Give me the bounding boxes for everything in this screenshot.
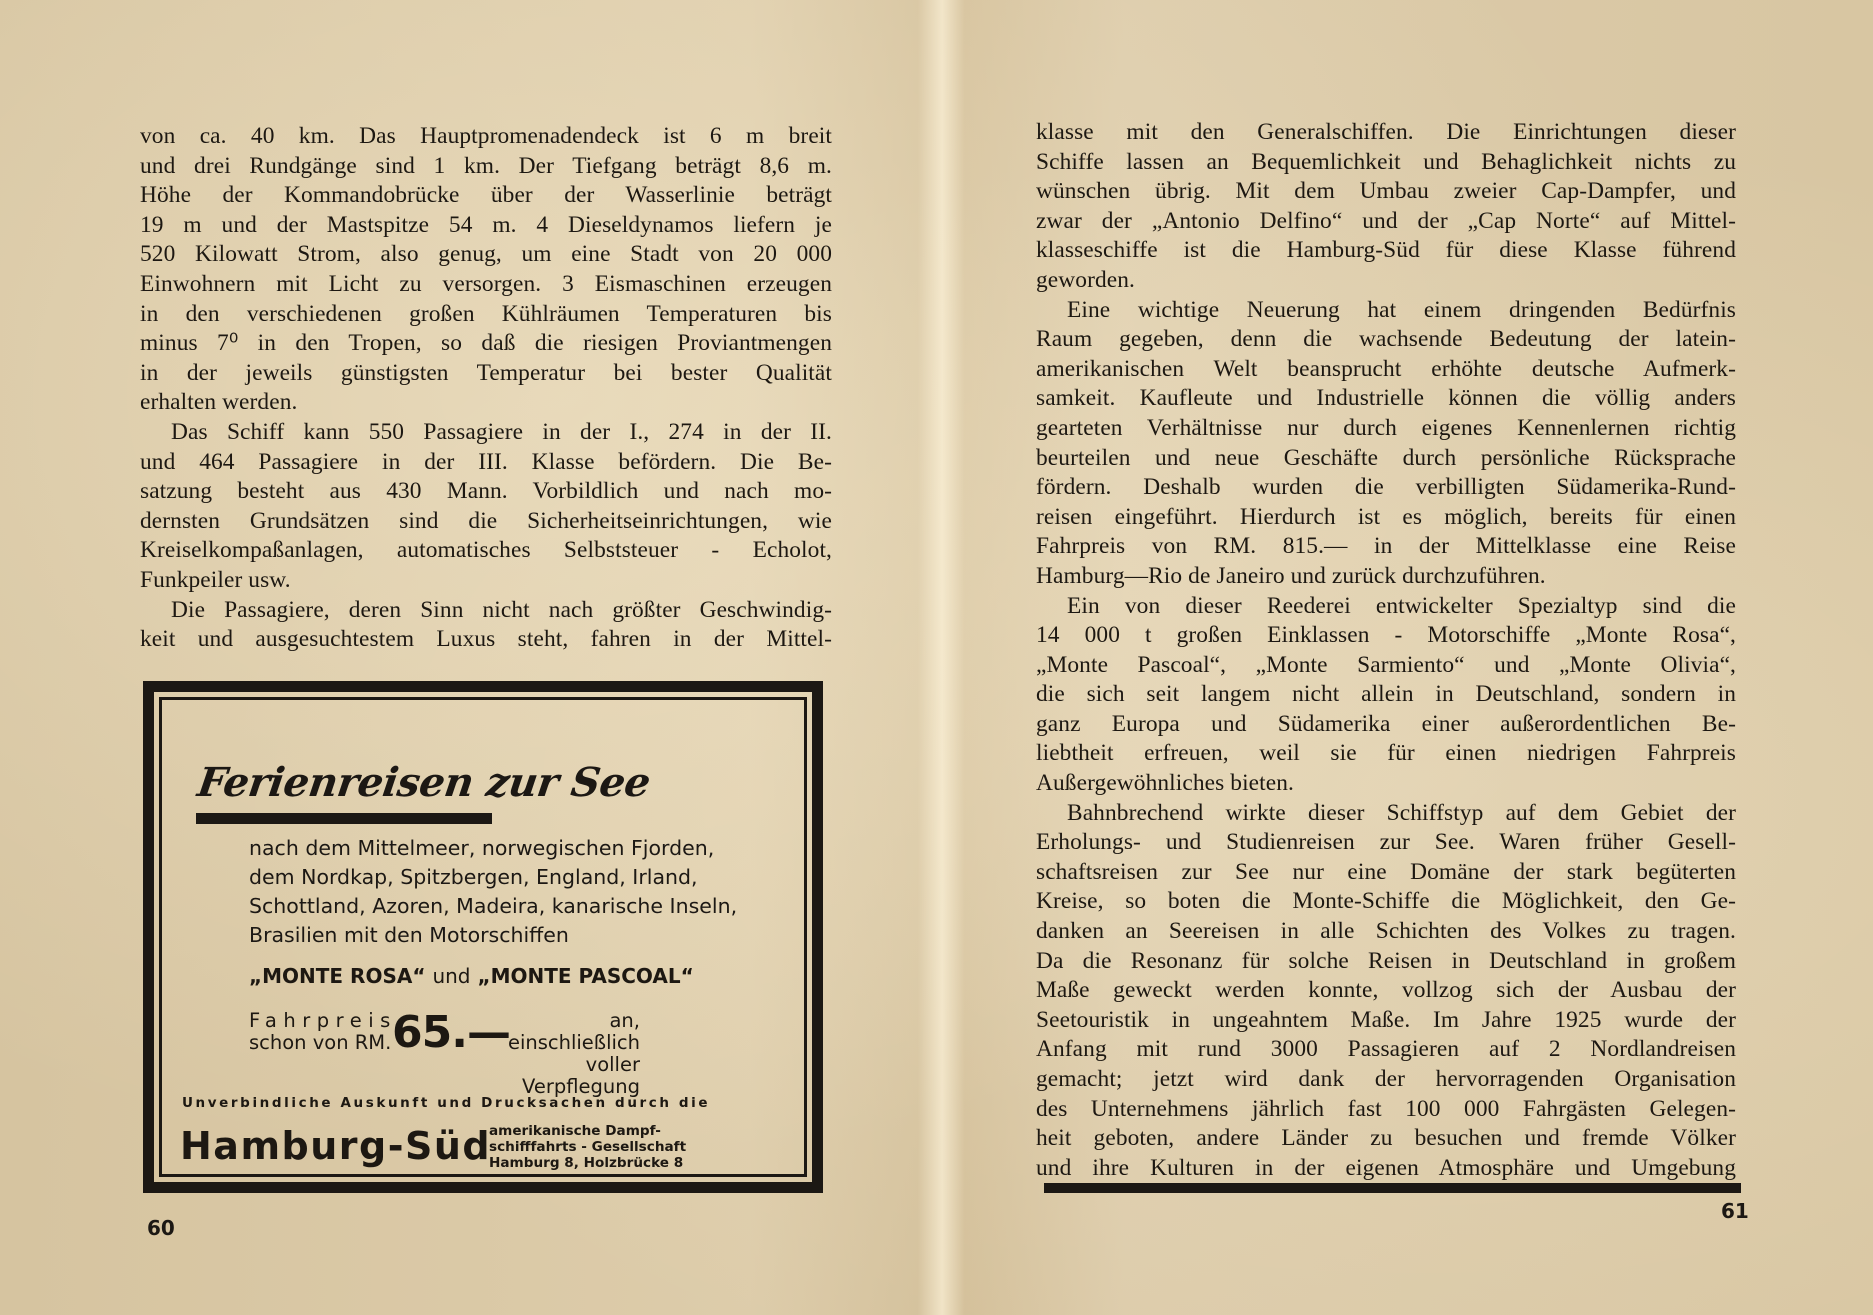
text-line: Das Schiff kann 550 Passagiere in der I.…	[140, 418, 832, 448]
text-line: Erholungs- und Studienreisen zur See. Wa…	[1036, 828, 1736, 858]
ad-line: Brasilien mit den Motorschiffen	[249, 921, 639, 950]
text-line: Bahnbrechend wirkte dieser Schiffstyp au…	[1036, 799, 1736, 829]
text-line: dernsten Grundsätzen sind die Sicherheit…	[140, 507, 832, 537]
text-line: Anfang mit rund 3000 Passagieren auf 2 N…	[1036, 1035, 1736, 1065]
text-line: heit geboten, andere Länder zu besuchen …	[1036, 1124, 1736, 1154]
ship-name: „MONTE ROSA“	[249, 964, 425, 988]
ship-name: „MONTE PASCOAL“	[477, 964, 693, 988]
paragraph: Bahnbrechend wirkte dieser Schiffstyp au…	[1036, 799, 1736, 1184]
text-line: erhalten werden.	[140, 388, 832, 418]
text-line: von ca. 40 km. Das Hauptpromenadendeck i…	[140, 122, 832, 152]
ad-title: Ferienreisen zur See	[195, 759, 653, 806]
text-line: wünschen übrig. Mit dem Umbau zweier Cap…	[1036, 177, 1736, 207]
text-line: Außergewöhnliches bieten.	[1036, 769, 1736, 799]
book-spread: von ca. 40 km. Das Hauptpromenadendeck i…	[0, 0, 1873, 1315]
paragraph: klasse mit den Generalschiffen. Die Einr…	[1036, 118, 1736, 296]
text-line: 14 000 t großen Einklassen - Motorschiff…	[1036, 621, 1736, 651]
text-line: Fahrpreis von RM. 815.— in der Mittelkla…	[1036, 532, 1736, 562]
ship-joiner: und	[432, 964, 470, 988]
advertisement-box: Ferienreisen zur See nach dem Mittelmeer…	[143, 681, 823, 1193]
text-line: in der jeweils günstigsten Temperatur be…	[140, 359, 832, 389]
text-line: satzung besteht aus 430 Mann. Vorbildlic…	[140, 477, 832, 507]
text-line: Einwohnern mit Licht zu versorgen. 3 Eis…	[140, 270, 832, 300]
ad-line: nach dem Mittelmeer, norwegischen Fjorde…	[249, 834, 639, 863]
paragraph: Das Schiff kann 550 Passagiere in der I.…	[140, 418, 832, 596]
text-line: fördern. Deshalb wurden die verbilligten…	[1036, 473, 1736, 503]
text-line: Seetouristik in ungeahntem Maße. Im Jahr…	[1036, 1006, 1736, 1036]
text-line: und ihre Kulturen in der eigenen Atmosph…	[1036, 1154, 1736, 1184]
text-line: zwar der „Antonio Delfino“ und der „Cap …	[1036, 207, 1736, 237]
text-line: gemacht; jetzt wird dank der hervorragen…	[1036, 1065, 1736, 1095]
text-line: klasse mit den Generalschiffen. Die Einr…	[1036, 118, 1736, 148]
text-line: klasseschiffe ist die Hamburg-Süd für di…	[1036, 236, 1736, 266]
text-line: samkeit. Kaufleute und Industrielle könn…	[1036, 384, 1736, 414]
ad-company-name: Hamburg-Süd	[180, 1124, 491, 1168]
text-line: geworden.	[1036, 266, 1736, 296]
text-line: Höhe der Kommandobrücke über der Wasserl…	[140, 181, 832, 211]
text-line: beurteilen und neue Geschäfte durch pers…	[1036, 444, 1736, 474]
text-line: gearteten Verhältnisse nur durch eigenes…	[1036, 414, 1736, 444]
footer-rule	[1044, 1183, 1741, 1193]
price-note-line: voller Verpflegung	[490, 1054, 640, 1098]
text-line: und drei Rundgänge sind 1 km. Der Tiefga…	[140, 152, 832, 182]
price-label-line: schon von RM.	[249, 1031, 391, 1054]
text-line: ganz Europa und Südamerika einer außeror…	[1036, 710, 1736, 740]
text-line: Hamburg—Rio de Janeiro und zurück durchz…	[1036, 562, 1736, 592]
text-line: Eine wichtige Neuerung hat einem dringen…	[1036, 296, 1736, 326]
text-line: in den verschiedenen großen Kühlräumen T…	[140, 300, 832, 330]
address-line: amerikanische Dampf-	[489, 1123, 641, 1139]
text-line: Kreise, so boten die Monte-Schiffe die M…	[1036, 887, 1736, 917]
ad-ship-names: „MONTE ROSA“ und „MONTE PASCOAL“	[249, 964, 639, 988]
ad-price-label: Fahrpreis schon von RM.	[249, 1010, 397, 1054]
ad-destinations: nach dem Mittelmeer, norwegischen Fjorde…	[249, 834, 639, 950]
price-label-line: Fahrpreis	[249, 1010, 397, 1032]
text-line: „Monte Pascoal“, „Monte Sarmiento“ und „…	[1036, 651, 1736, 681]
right-page-body: klasse mit den Generalschiffen. Die Einr…	[1036, 118, 1736, 1183]
page-number-right: 61	[1721, 1199, 1749, 1223]
ad-info-line: Unverbindliche Auskunft und Drucksachen …	[182, 1095, 642, 1111]
paragraph: von ca. 40 km. Das Hauptpromenadendeck i…	[140, 122, 832, 418]
ad-line: Schottland, Azoren, Madeira, kanarische …	[249, 892, 639, 921]
paragraph: Die Passagiere, deren Sinn nicht nach gr…	[140, 596, 832, 655]
paragraph: Eine wichtige Neuerung hat einem dringen…	[1036, 296, 1736, 592]
text-line: Die Passagiere, deren Sinn nicht nach gr…	[140, 596, 832, 626]
text-line: keit und ausgesuchtestem Luxus steht, fa…	[140, 625, 832, 655]
address-line: Hamburg 8, Holzbrücke 8	[489, 1155, 641, 1171]
text-line: und 464 Passagiere in der III. Klasse be…	[140, 448, 832, 478]
text-line: Kreiselkompaßanlagen, automatisches Selb…	[140, 536, 832, 566]
text-line: 19 m und der Mastspitze 54 m. 4 Dieseldy…	[140, 211, 832, 241]
address-line: schifffahrts - Gesellschaft	[489, 1139, 641, 1155]
price-note-line: an, einschließlich	[490, 1010, 640, 1054]
text-line: schaftsreisen zur See nur eine Domäne de…	[1036, 858, 1736, 888]
ad-title-underline	[196, 813, 492, 824]
paragraph: Ein von dieser Reederei entwickelter Spe…	[1036, 592, 1736, 799]
text-line: 520 Kilowatt Strom, also genug, um eine …	[140, 240, 832, 270]
page-number-left: 60	[147, 1216, 175, 1240]
text-line: Raum gegeben, denn die wachsende Bedeutu…	[1036, 325, 1736, 355]
text-line: reisen eingeführt. Hierdurch ist es mögl…	[1036, 503, 1736, 533]
text-line: des Unternehmens jährlich fast 100 000 F…	[1036, 1095, 1736, 1125]
text-line: danken an Seereisen in alle Schichten de…	[1036, 917, 1736, 947]
text-line: minus 7⁰ in den Tropen, so daß die riesi…	[140, 329, 832, 359]
text-line: amerikanischen Welt beansprucht erhöhte …	[1036, 355, 1736, 385]
left-page-body: von ca. 40 km. Das Hauptpromenadendeck i…	[140, 122, 832, 655]
text-line: liebtheit erfreuen, weil sie für einen n…	[1036, 739, 1736, 769]
text-line: Maße geweckt werden konnte, vollzog sich…	[1036, 976, 1736, 1006]
ad-line: dem Nordkap, Spitzbergen, England, Irlan…	[249, 863, 639, 892]
ad-price-note: an, einschließlich voller Verpflegung	[490, 1010, 640, 1098]
ad-company-address: amerikanische Dampf- schifffahrts - Gese…	[489, 1123, 641, 1171]
text-line: die sich seit langem nicht allein in Deu…	[1036, 680, 1736, 710]
text-line: Schiffe lassen an Bequemlichkeit und Beh…	[1036, 148, 1736, 178]
text-line: Ein von dieser Reederei entwickelter Spe…	[1036, 592, 1736, 622]
text-line: Da die Resonanz für solche Reisen in Deu…	[1036, 947, 1736, 977]
text-line: Funkpeiler usw.	[140, 566, 832, 596]
